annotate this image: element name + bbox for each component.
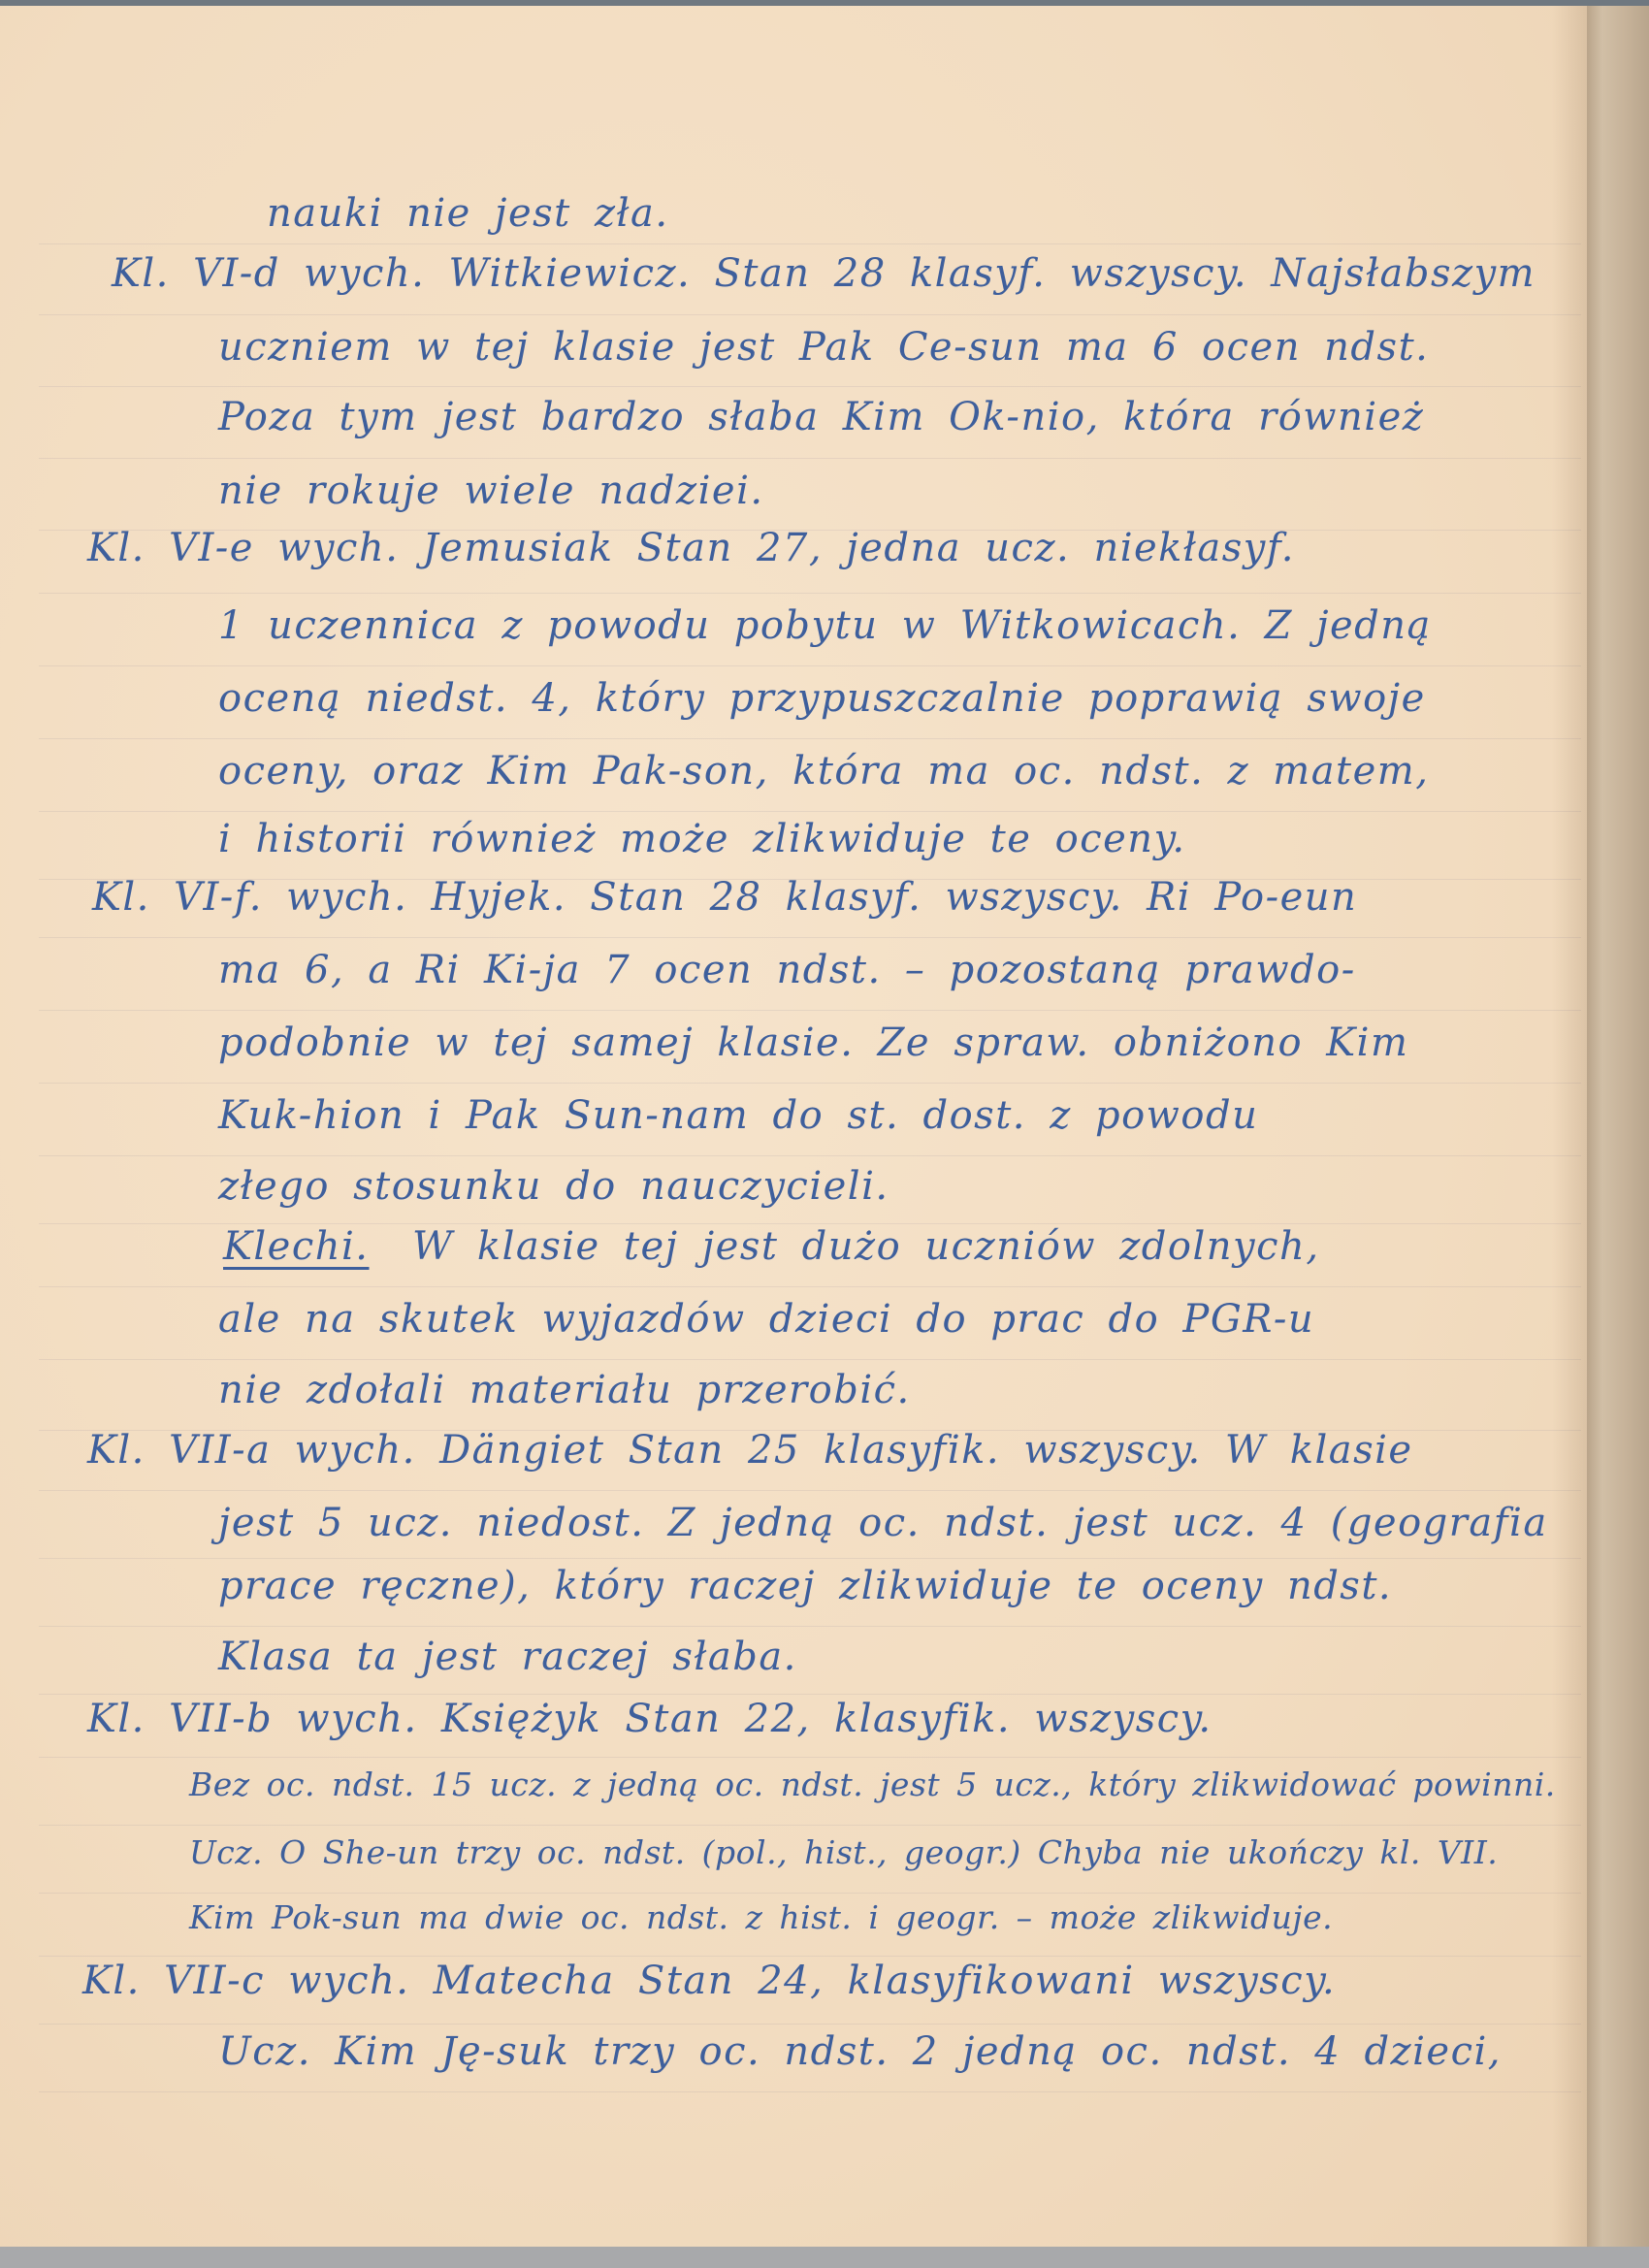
ruled-line [39,937,1581,938]
text-line: Kim Pok-sun ma dwie oc. ndst. z hist. i … [189,1901,1333,1933]
ruled-line [39,593,1581,594]
text-line: Ucz. O She-un trzy oc. ndst. (pol., hist… [189,1836,1498,1868]
book-gutter [1587,6,1649,2247]
ruled-line [39,1626,1581,1627]
text-line: prace ręczne), który raczej zlikwiduje t… [218,1567,1392,1605]
text-line: Kuk-hion i Pak Sun-nam do st. dost. z po… [218,1096,1258,1135]
text-line: nauki nie jest zła. [267,194,669,233]
text-line: W klasie tej jest dużo uczniów zdolnych, [412,1227,1320,1266]
class-entry-heading-vi-d: Kl. VI-d wych. Witkiewicz. Stan 28 klasy… [112,254,1536,293]
ruled-line [39,1286,1581,1287]
ruled-line [39,665,1581,666]
class-entry-heading-vi-e: Kl. VI-e wych. Jemusiak Stan 27, jedna u… [87,529,1295,567]
ruled-line [39,386,1581,387]
scanned-page: nauki nie jest zła. Kl. VI-d wych. Witki… [0,0,1649,2268]
text-line: uczniem w tej klasie jest Pak Ce-sun ma … [218,328,1429,367]
text-line: ma 6, a Ri Ki-ja 7 ocen ndst. – pozostan… [218,951,1356,989]
underlined-heading-klechi: Klechi. [223,1227,370,1266]
ruled-line [39,2024,1581,2025]
text-line: 1 uczennica z powodu pobytu w Witkowicac… [218,606,1432,645]
ruled-line [39,2091,1581,2092]
text-line: oceny, oraz Kim Pak-son, która ma oc. nd… [218,752,1429,791]
text-line: podobnie w tej samej klasie. Ze spraw. o… [218,1023,1408,1062]
text-line: Bez oc. ndst. 15 ucz. z jedną oc. ndst. … [189,1768,1556,1800]
ruled-line [39,1558,1581,1559]
ruled-line [39,458,1581,459]
class-entry-heading-vii-b: Kl. VII-b wych. Księżyk Stan 22, klasyfi… [87,1700,1212,1738]
ruled-line [39,314,1581,315]
ruled-line [39,1757,1581,1758]
text-line: i historii również może zlikwiduje te oc… [218,820,1186,859]
text-line: nie zdołali materiału przerobić. [218,1371,911,1409]
class-entry-heading-vii-a: Kl. VII-a wych. Dängiet Stan 25 klasyfik… [87,1431,1413,1470]
ruled-line [39,811,1581,812]
text-line: nie rokuje wiele nadziei. [218,471,764,510]
text-line: Klasa ta jest raczej słaba. [218,1637,797,1676]
ruled-line [39,738,1581,739]
text-line: Poza tym jest bardzo słaba Kim Ok-nio, k… [218,398,1424,437]
ruled-line [39,1956,1581,1957]
ruled-line [39,1694,1581,1695]
ruled-line [39,1010,1581,1011]
text-line: złego stosunku do nauczycieli. [218,1167,889,1206]
ruled-line [39,1490,1581,1491]
text-line: oceną niedst. 4, który przypuszczalnie p… [218,679,1426,718]
ruled-line [39,1359,1581,1360]
ruled-line [39,1893,1581,1894]
class-entry-heading-vi-f: Kl. VI-f. wych. Hyjek. Stan 28 klasyf. w… [92,878,1357,917]
text-line: ale na skutek wyjazdów dzieci do prac do… [218,1300,1314,1339]
ruled-line [39,1083,1581,1084]
text-line: jest 5 ucz. niedost. Z jedną oc. ndst. j… [218,1504,1548,1542]
ruled-line [39,1155,1581,1156]
text-line: Ucz. Kim Ję-suk trzy oc. ndst. 2 jedną o… [218,2032,1502,2071]
page-curl-shadow [1552,6,1591,2247]
scanner-bottom-edge [0,2247,1649,2268]
ruled-line [39,243,1581,244]
class-entry-heading-vii-c: Kl. VII-c wych. Matecha Stan 24, klasyfi… [82,1961,1336,2000]
ruled-line [39,1825,1581,1826]
